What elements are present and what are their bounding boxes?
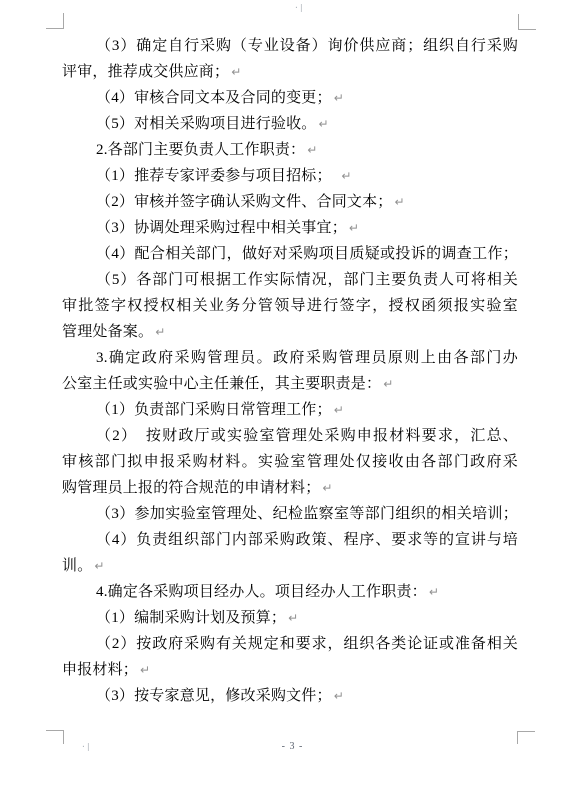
paragraph-mark-icon: ↵ (231, 65, 241, 79)
line-text: （3）确定自行采购（专业设备）询价供应商；组织自行采购 (96, 38, 518, 54)
document-page: ·| （3）确定自行采购（专业设备）询价供应商；组织自行采购评审，推荐成交供应商… (0, 0, 585, 788)
line-text: 购管理员上报的符合规范的申请材料； (62, 480, 320, 496)
text-line: （3）参加实验室管理处、纪检监察室等部门组织的相关培训；↵ (62, 501, 518, 527)
paragraph-mark-icon: ↵ (341, 169, 351, 183)
paragraph-mark-icon: ↵ (307, 143, 317, 157)
paragraph-mark-icon: ↵ (322, 481, 332, 495)
line-text: （2）按政府采购有关规定和要求，组织各类论证或准备相关 (96, 636, 518, 652)
text-line: 申报材料；↵ (62, 657, 518, 683)
paragraph-mark-icon: ↵ (383, 377, 393, 391)
line-text: （3）参加实验室管理处、纪检监察室等部门组织的相关培训； (96, 506, 518, 522)
text-line: （1）推荐专家评委参与项目招标； ↵ (62, 163, 518, 189)
paragraph-mark-icon: ↵ (429, 585, 439, 599)
text-line: （4）负责组织部门内部采购政策、程序、要求等的宣讲与培 (62, 527, 518, 553)
paragraph-mark-icon: ↵ (140, 663, 150, 677)
paragraph-mark-icon: ↵ (395, 195, 405, 209)
line-text: （4）配合相关部门，做好对采购项目质疑或投诉的调查工作； (96, 246, 518, 262)
line-text: （2） 按财政厅或实验室管理处采购申报材料要求，汇总、 (96, 428, 518, 444)
line-text: 审批签字权授权相关业务分管领导进行签字，授权函须报实验室 (62, 298, 518, 314)
line-text: 审核部门拟申报采购材料。实验室管理处仅接收由各部门政府采 (62, 454, 518, 470)
line-text: 4.确定各采购项目经办人。项目经办人工作职责： (96, 584, 427, 600)
text-line: （1）负责部门采购日常管理工作；↵ (62, 397, 518, 423)
crop-mark-top-right-icon (518, 14, 536, 30)
line-text: （3）协调处理采购过程中相关事宜； (96, 220, 347, 236)
text-line: （3）确定自行采购（专业设备）询价供应商；组织自行采购 (62, 33, 518, 59)
text-line: （1）编制采购计划及预算；↵ (62, 605, 518, 631)
line-text: 申报材料； (62, 662, 138, 678)
text-line: 购管理员上报的符合规范的申请材料；↵ (62, 475, 518, 501)
line-text: （2）审核并签字确认采购文件、合同文本； (96, 194, 393, 210)
line-text: （3）按专家意见，修改采购文件； (96, 688, 332, 704)
line-text: （1）编制采购计划及预算； (96, 610, 286, 626)
text-line: 训。↵ (62, 553, 518, 579)
paragraph-mark-icon: ↵ (155, 325, 165, 339)
text-line: （5）对相关采购项目进行验收。↵ (62, 111, 518, 137)
text-line: 审批签字权授权相关业务分管领导进行签字，授权函须报实验室 (62, 293, 518, 319)
line-text: （5）各部门可根据工作实际情况，部门主要负责人可将相关 (96, 272, 518, 288)
line-text: （1）推荐专家评委参与项目招标； (96, 168, 339, 184)
line-text: 评审，推荐成交供应商； (62, 64, 229, 80)
text-line: 公室主任或实验中心主任兼任，其主要职责是：↵ (62, 371, 518, 397)
text-line: （4）配合相关部门，做好对采购项目质疑或投诉的调查工作；↵ (62, 241, 518, 267)
line-text: （4）审核合同文本及合同的变更； (96, 90, 332, 106)
line-text: （4）负责组织部门内部采购政策、程序、要求等的宣讲与培 (96, 532, 518, 548)
text-line: （4）审核合同文本及合同的变更；↵ (62, 85, 518, 111)
paragraph-mark-icon: ↵ (94, 559, 104, 573)
hidden-character-mark-top-icon: ·| (294, 4, 304, 12)
paragraph-mark-icon: ↵ (334, 91, 344, 105)
document-text-body: （3）确定自行采购（专业设备）询价供应商；组织自行采购评审，推荐成交供应商；↵（… (62, 33, 518, 709)
text-line: 审核部门拟申报采购材料。实验室管理处仅接收由各部门政府采 (62, 449, 518, 475)
crop-mark-top-left-icon (46, 13, 64, 29)
line-text: 3.确定政府采购管理员。政府采购管理员原则上由各部门办 (96, 350, 518, 366)
paragraph-mark-icon: ↵ (349, 221, 359, 235)
text-line: 评审，推荐成交供应商；↵ (62, 59, 518, 85)
text-line: 2.各部门主要负责人工作职责：↵ (62, 137, 518, 163)
text-line: （3）按专家意见，修改采购文件；↵ (62, 683, 518, 709)
line-text: （1）负责部门采购日常管理工作； (96, 402, 332, 418)
text-line: （2） 按财政厅或实验室管理处采购申报材料要求，汇总、 (62, 423, 518, 449)
paragraph-mark-icon: ↵ (319, 117, 329, 131)
line-text: 管理处备案。 (62, 324, 153, 340)
line-text: 训。 (62, 558, 92, 574)
text-line: 4.确定各采购项目经办人。项目经办人工作职责：↵ (62, 579, 518, 605)
line-text: 公室主任或实验中心主任兼任，其主要职责是： (62, 376, 381, 392)
paragraph-mark-icon: ↵ (288, 611, 298, 625)
text-line: 3.确定政府采购管理员。政府采购管理员原则上由各部门办 (62, 345, 518, 371)
text-line: （2）按政府采购有关规定和要求，组织各类论证或准备相关 (62, 631, 518, 657)
line-text: （5）对相关采购项目进行验收。 (96, 116, 317, 132)
text-line: （5）各部门可根据工作实际情况，部门主要负责人可将相关 (62, 267, 518, 293)
text-line: （2）审核并签字确认采购文件、合同文本；↵ (62, 189, 518, 215)
paragraph-mark-icon: ↵ (334, 403, 344, 417)
text-line: （3）协调处理采购过程中相关事宜；↵ (62, 215, 518, 241)
page-number: - 3 - (0, 741, 585, 752)
paragraph-mark-icon: ↵ (334, 689, 344, 703)
line-text: 2.各部门主要负责人工作职责： (96, 142, 305, 158)
text-line: 管理处备案。↵ (62, 319, 518, 345)
